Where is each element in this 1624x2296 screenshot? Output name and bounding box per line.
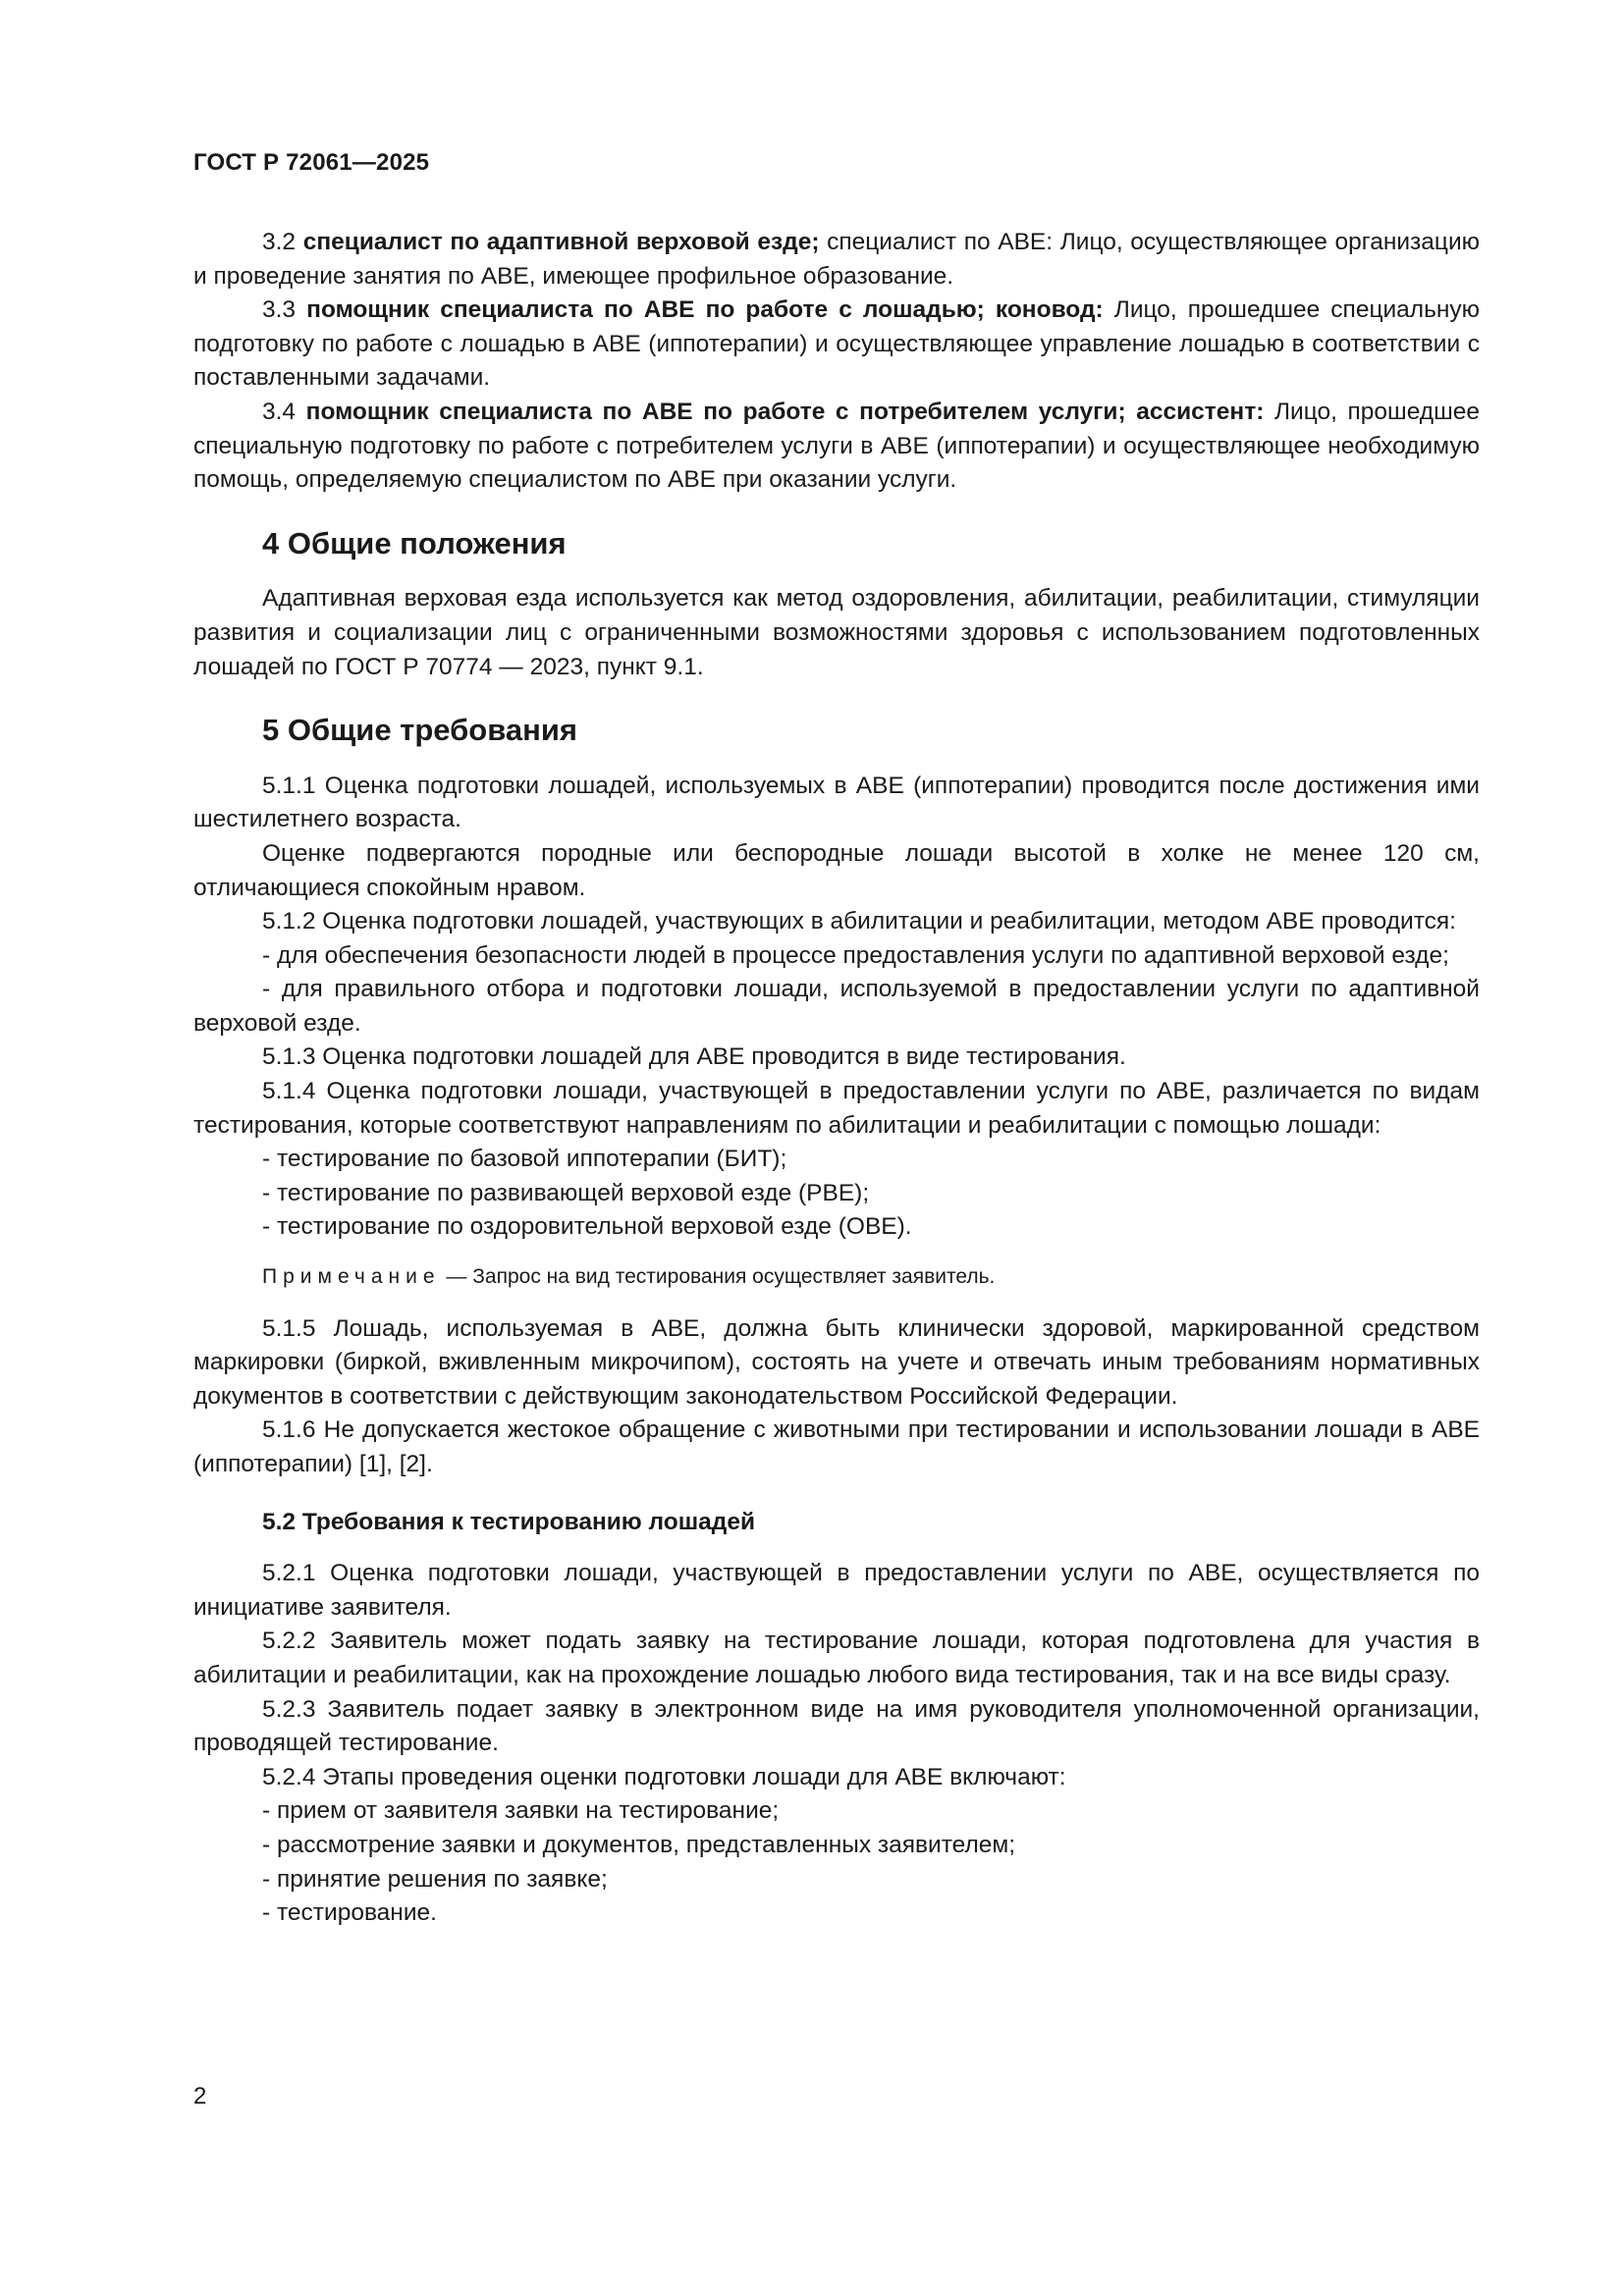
definition-3-4: 3.4 помощник специалиста по АВЕ по работ… bbox=[193, 396, 1480, 498]
section-4-paragraph: Адаптивная верховая езда используется ка… bbox=[193, 582, 1480, 684]
section-5-2-heading: 5.2 Требования к тестированию лошадей bbox=[193, 1506, 1480, 1540]
section-5-heading: 5 Общие требования bbox=[193, 714, 1480, 748]
clause-5-2-1: 5.2.1 Оценка подготовки лошади, участвую… bbox=[193, 1557, 1480, 1625]
section-4-heading: 4 Общие положения bbox=[193, 527, 1480, 561]
list-item: - тестирование по развивающей верховой е… bbox=[193, 1177, 1480, 1211]
list-item: - прием от заявителя заявки на тестирова… bbox=[193, 1794, 1480, 1829]
clause-5-1-1-b: Оценке подвергаются породные или беспоро… bbox=[193, 837, 1480, 905]
document-body: 3.2 специалист по адаптивной верховой ез… bbox=[193, 226, 1480, 1931]
clause-5-1-6: 5.1.6 Не допускается жестокое обращение … bbox=[193, 1414, 1480, 1481]
list-item: - рассмотрение заявки и документов, пред… bbox=[193, 1829, 1480, 1863]
list-item: - для обеспечения безопасности людей в п… bbox=[193, 939, 1480, 974]
clause-5-1-5: 5.1.5 Лошадь, используемая в АВЕ, должна… bbox=[193, 1312, 1480, 1415]
clause-number: 3.2 bbox=[262, 229, 296, 255]
clause-5-1-2: 5.1.2 Оценка подготовки лошадей, участву… bbox=[193, 905, 1480, 939]
definition-3-2: 3.2 специалист по адаптивной верховой ез… bbox=[193, 226, 1480, 294]
clause-number: 3.4 bbox=[262, 399, 296, 425]
term: специалист по адаптивной верховой езде; bbox=[303, 229, 820, 255]
note-text: — Запрос на вид тестирования осуществляе… bbox=[441, 1265, 996, 1288]
clause-5-1-3: 5.1.3 Оценка подготовки лошадей для АВЕ … bbox=[193, 1041, 1480, 1075]
page-number: 2 bbox=[193, 2083, 206, 2110]
list-item: - тестирование по базовой иппотерапии (Б… bbox=[193, 1143, 1480, 1177]
document-header: ГОСТ Р 72061—2025 bbox=[193, 149, 429, 177]
list-item: - тестирование по оздоровительной верхов… bbox=[193, 1210, 1480, 1245]
clause-5-2-4: 5.2.4 Этапы проведения оценки подготовки… bbox=[193, 1761, 1480, 1795]
clause-5-1-1: 5.1.1 Оценка подготовки лошадей, использ… bbox=[193, 770, 1480, 837]
note: Примечание — Запрос на вид тестирования … bbox=[193, 1260, 1480, 1295]
clause-5-2-3: 5.2.3 Заявитель подает заявку в электрон… bbox=[193, 1693, 1480, 1761]
clause-5-2-2: 5.2.2 Заявитель может подать заявку на т… bbox=[193, 1625, 1480, 1692]
list-item: - тестирование. bbox=[193, 1896, 1480, 1931]
clause-5-1-4: 5.1.4 Оценка подготовки лошади, участвую… bbox=[193, 1075, 1480, 1143]
list-item: - принятие решения по заявке; bbox=[193, 1863, 1480, 1897]
note-label: Примечание bbox=[262, 1265, 441, 1288]
clause-number: 3.3 bbox=[262, 296, 296, 323]
term: помощник специалиста по АВЕ по работе с … bbox=[306, 296, 1104, 323]
definition-3-3: 3.3 помощник специалиста по АВЕ по работ… bbox=[193, 294, 1480, 396]
list-item: - для правильного отбора и подготовки ло… bbox=[193, 973, 1480, 1041]
term: помощник специалиста по АВЕ по работе с … bbox=[306, 399, 1265, 425]
